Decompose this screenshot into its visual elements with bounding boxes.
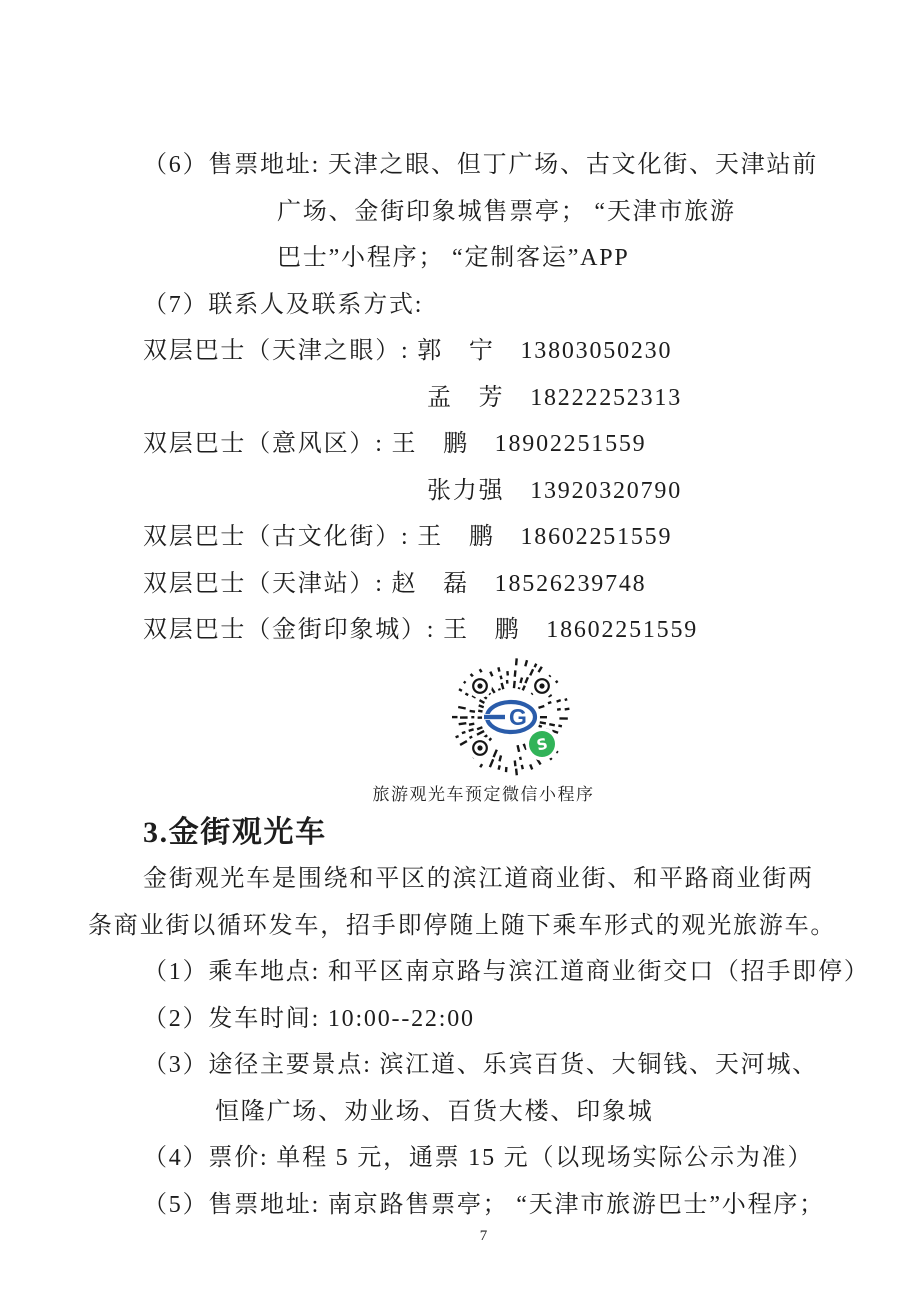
contact-list: 双层巴士（天津之眼）: 郭 宁 13803050230 孟 芳 18222252… [88,328,879,654]
item-3-line-2: 恒隆广场、劝业场、百货大楼、印象城 [215,1089,879,1136]
item-3-line-1: （3）途径主要景点: 滨江道、乐宾百货、大铜钱、天河城、 [143,1042,879,1089]
section-items: （1）乘车地点: 和平区南京路与滨江道商业街交口（招手即停） （2）发车时间: … [88,949,879,1228]
paragraph-line-1: 金街观光车是围绕和平区的滨江道商业街、和平路商业街两 [143,856,879,903]
contact-entry: 双层巴士（意风区）: 王 鹏 18902251559 [143,421,879,468]
qr-caption: 旅游观光车预定微信小程序 [88,780,879,810]
qr-eye [468,674,492,698]
item-6-line-1: （6）售票地址: 天津之眼、但丁广场、古文化街、天津站前 [143,142,879,189]
section-paragraph: 金街观光车是围绕和平区的滨江道商业街、和平路商业街两 条商业街以循环发车，招手即… [88,856,879,949]
qr-eye [468,736,492,760]
item-4: （4）票价: 单程 5 元，通票 15 元（以现场实际公示为准） [143,1135,879,1182]
item-2: （2）发车时间: 10:00--22:00 [143,996,879,1043]
page-number: 7 [88,1226,879,1246]
contact-entry: 双层巴士（天津之眼）: 郭 宁 13803050230 [143,328,879,375]
item-7: （7）联系人及联系方式: [143,282,879,329]
contact-entry: 双层巴士（天津站）: 赵 磊 18526239748 [143,561,879,608]
document-page: （6）售票地址: 天津之眼、但丁广场、古文化街、天津站前 广场、金街印象城售票亭… [0,0,919,1299]
item-1: （1）乘车地点: 和平区南京路与滨江道商业街交口（招手即停） [143,949,879,996]
item-6-line-3: 巴士”小程序； “定制客运”APP [277,235,879,282]
contact-entry-continuation: 张力强 13920320790 [427,468,879,515]
contact-entry-continuation: 孟 芳 18222252313 [427,375,879,422]
contact-entry: 双层巴士（古文化街）: 王 鹏 18602251559 [143,514,879,561]
svg-text:G: G [509,704,527,730]
item-5: （5）售票地址: 南京路售票亭； “天津市旅游巴士”小程序； [143,1182,879,1229]
qr-figure: GS [115,656,906,778]
item-6: （6）售票地址: 天津之眼、但丁广场、古文化街、天津站前 广场、金街印象城售票亭… [88,142,879,282]
paragraph-line-2: 条商业街以循环发车，招手即停随上随下乘车形式的观光旅游车。 [88,903,879,950]
item-6-line-2: 广场、金街印象城售票亭； “天津市旅游 [277,189,879,236]
wechat-mini-program-qr-code: GS [446,652,576,782]
contact-entry: 双层巴士（金街印象城）: 王 鹏 18602251559 [143,607,879,654]
qr-eye [530,674,554,698]
section-heading: 3.金街观光车 [143,810,879,857]
qr-wechat-badge: S [525,727,558,760]
